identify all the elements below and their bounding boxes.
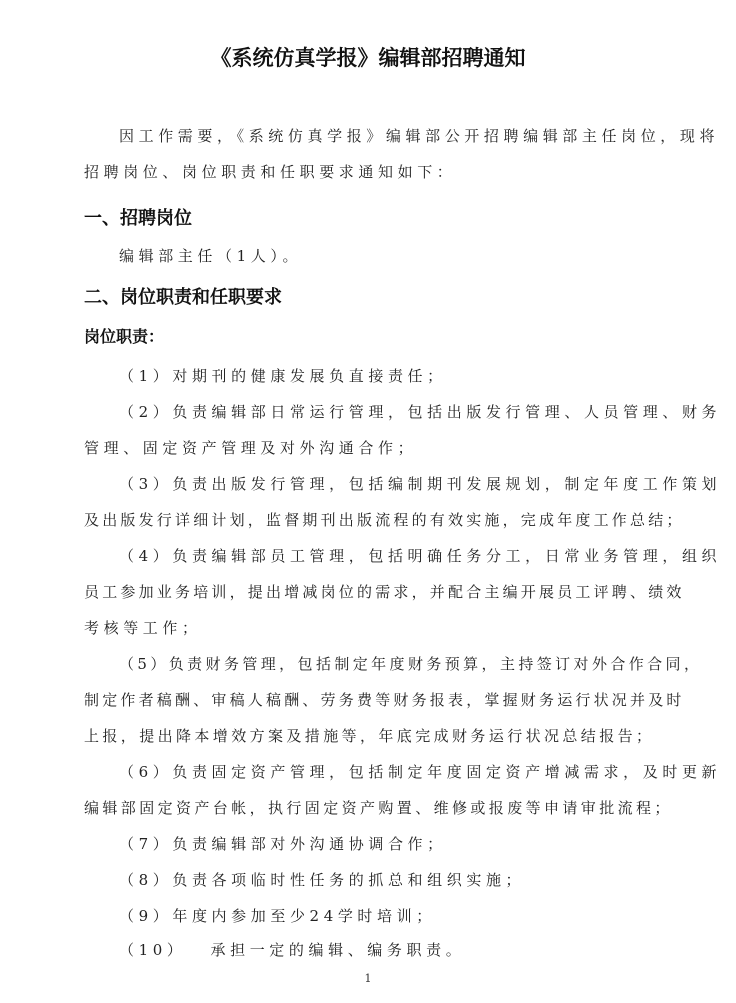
duty-item-10-number: （10） [119, 941, 187, 959]
duty-item-6-line-1: （6）负责固定资产管理，包括制定年度固定资产增减需求，及时更新 [119, 762, 699, 782]
duties-subheading: 岗位职责： [84, 327, 164, 347]
duty-item-10: （10）承担一定的编辑、编务职责。 [119, 940, 699, 960]
duty-item-2-line-1: （2）负责编辑部日常运行管理，包括出版发行管理、人员管理、财务 [119, 402, 699, 422]
section-2-heading: 二、岗位职责和任职要求 [84, 287, 282, 309]
page-number: 1 [0, 972, 736, 985]
duty-item-3-line-2: 及出版发行详细计划，监督期刊出版流程的有效实施，完成年度工作总结； [84, 510, 664, 530]
duty-item-5-line-2: 制定作者稿酬、审稿人稿酬、劳务费等财务报表，掌握财务运行状况并及时 [84, 690, 664, 710]
document-page: 《系统仿真学报》编辑部招聘通知 因工作需要，《系统仿真学报》编辑部公开招聘编辑部… [0, 0, 736, 1003]
duty-item-5-line-3: 上报，提出降本增效方案及措施等，年底完成财务运行状况总结报告； [84, 726, 664, 746]
duty-item-1: （1）对期刊的健康发展负直接责任； [119, 366, 699, 386]
duty-item-2-line-2: 管理、固定资产管理及对外沟通合作； [84, 438, 664, 458]
duty-item-7: （7）负责编辑部对外沟通协调合作； [119, 834, 699, 854]
intro-line-2: 招聘岗位、岗位职责和任职要求通知如下： [84, 162, 664, 182]
duty-item-8: （8）负责各项临时性任务的抓总和组织实施； [119, 870, 699, 890]
duty-item-4-line-2: 员工参加业务培训，提出增减岗位的需求，并配合主编开展员工评聘、绩效 [84, 582, 664, 602]
section-1-content: 编辑部主任（1人）。 [119, 246, 699, 266]
section-1-heading: 一、招聘岗位 [84, 208, 192, 230]
document-title: 《系统仿真学报》编辑部招聘通知 [0, 42, 736, 72]
intro-line-1: 因工作需要，《系统仿真学报》编辑部公开招聘编辑部主任岗位，现将 [119, 126, 699, 146]
duty-item-4-line-1: （4）负责编辑部员工管理，包括明确任务分工，日常业务管理，组织 [119, 546, 699, 566]
duty-item-10-text: 承担一定的编辑、编务职责。 [211, 941, 466, 959]
duty-item-4-line-3: 考核等工作； [84, 618, 664, 638]
duty-item-3-line-1: （3）负责出版发行管理，包括编制期刊发展规划，制定年度工作策划 [119, 474, 699, 494]
duty-item-9: （9）年度内参加至少24学时培训； [119, 906, 699, 926]
duty-item-6-line-2: 编辑部固定资产台帐，执行固定资产购置、维修或报废等申请审批流程； [84, 798, 664, 818]
duty-item-5-line-1: （5）负责财务管理，包括制定年度财务预算，主持签订对外合作合同， [119, 654, 699, 674]
